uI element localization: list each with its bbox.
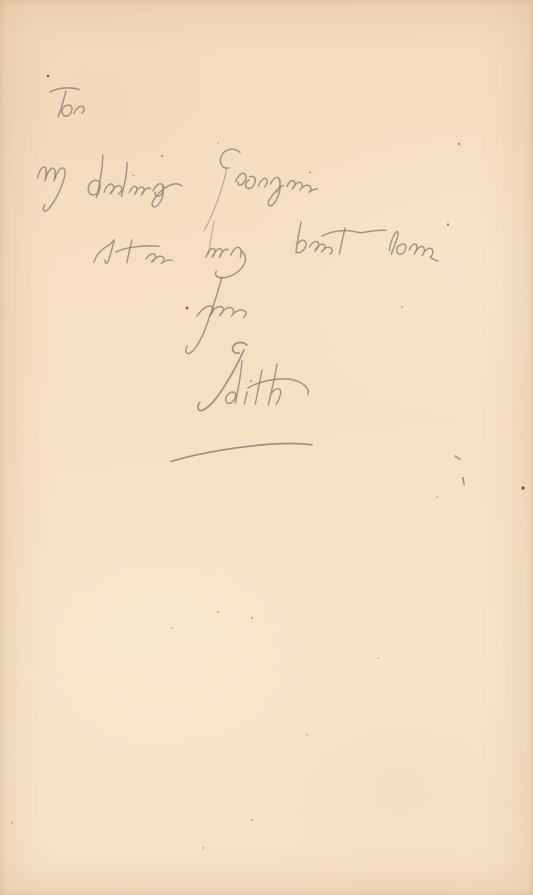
word-love-o [397,244,406,254]
i-dot [250,380,252,382]
foxing-speck [436,496,438,498]
foxing-speck [306,734,308,736]
foxing-speck [186,307,189,310]
word-for-topbar [50,88,79,92]
underline-stroke [171,444,312,462]
word-darling-in [130,186,151,195]
signature-edith-d [226,361,242,403]
foxing-speck [455,456,460,460]
word-with-tail [146,254,172,263]
word-with-crossbar [116,246,159,252]
inscription-line-4 [186,277,246,354]
i-dot [309,172,311,174]
word-with-wl [94,240,114,263]
word-very-y [216,247,246,277]
word-georgia-g-tail [204,169,227,231]
word-from-rom [197,306,246,317]
signature-edith-i [244,392,247,404]
signature-edith-h [268,364,280,405]
foxing-speck [521,486,524,489]
foxing-speck [401,306,403,308]
foxing-speck [447,223,449,225]
word-my-m [38,167,56,181]
word-best-t [339,228,345,254]
foxing-speck [377,657,379,659]
foxing-speck [458,143,460,145]
word-darling-ar [104,184,122,194]
word-for-r [74,106,84,113]
word-best-crossbar [322,230,386,236]
foxing-specks [11,142,525,849]
book-page-photo: For my darling Georgia with very best lo… [0,0,533,895]
foxing-speck [251,819,253,821]
inscription-svg [0,0,533,895]
signature-edith-t [255,370,262,404]
word-georgia-g-loop [220,149,240,168]
foxing-speck [217,142,219,144]
inscription-line-5-signature [198,343,308,411]
word-from-f [186,277,222,354]
word-georgia-r [259,178,268,187]
word-darling-g-flourish [152,184,181,207]
inscription-line-1 [47,75,84,117]
foxing-speck [171,627,173,629]
signature-underline-flourish [171,444,312,462]
word-very-ver [206,248,228,257]
inscription-line-3 [94,221,438,278]
word-georgia-eo [236,173,256,188]
word-best-es [309,242,332,255]
i-dot [133,175,135,177]
foxing-speck [217,611,219,613]
word-for-o [62,105,72,116]
foxing-speck [11,822,13,824]
word-love-ve [409,244,438,261]
foxing-speck [463,478,464,485]
foxing-speck [202,847,204,849]
word-best-b [296,222,306,253]
foxing-speck [251,617,253,619]
word-with-t [127,240,132,263]
word-georgia-ia [287,181,318,193]
pencil-dot [47,75,50,78]
word-darling-l [121,163,127,197]
inscription-line-2 [38,149,318,230]
word-georgia-g2 [268,178,283,206]
i-dot [161,155,163,157]
